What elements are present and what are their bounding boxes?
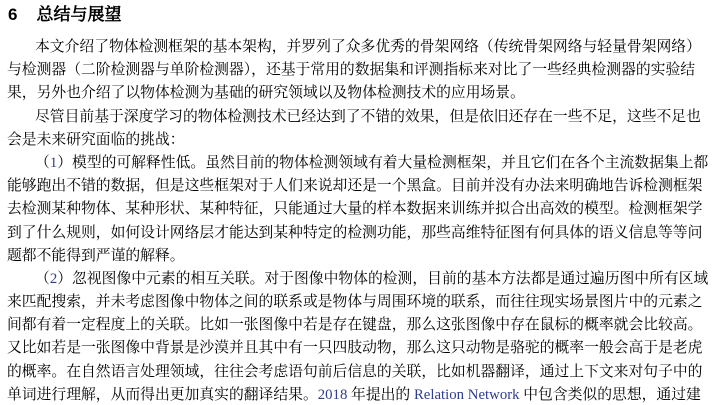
paragraph-line: 果，另外也介绍了以物体检测为基础的研究领域以及物体检测技术的应用场景。	[7, 82, 706, 105]
text-segment: ）忽视图像中元素的相互关联。对于图像中物体的检测，目前的基本方法都是通过遍历图中…	[57, 271, 708, 287]
text-segment: ）模型的可解释性低。虽然目前的物体检测领域有着大量检测框架，并且它们在各个主流数…	[57, 155, 708, 171]
paragraph-line: 间都有着一定程度上的关联。比如一张图像中若是存在键盘，那么这张图像中存在鼠标的概…	[7, 314, 706, 337]
paragraph-line: 去检测某种物体、某种形状、某种特征，只能通过大量的样本数据来训练并拟合出高效的模…	[7, 198, 706, 221]
paragraph-line: 又比如若是一张图像中背景是沙漠并且其中有一只四肢动物，那么这只动物是骆驼的概率一…	[7, 337, 706, 360]
paragraph-line: 本文介绍了物体检测框架的基本架构，并罗列了众多优秀的骨架网络（传统骨架网络与轻量…	[7, 36, 706, 59]
paragraph-line: 的概率。在自然语言处理领域，往往会考虑语句前后信息的关联，比如机器翻译，通过上下…	[7, 361, 706, 384]
paragraph-line-item-2: （2）忽视图像中元素的相互关联。对于图像中物体的检测，目前的基本方法都是通过遍历…	[7, 268, 706, 291]
paragraph-line: 到了什么规则，如何设计网络层才能达到某种特定的检测功能，那些高维特征图有何具体的…	[7, 222, 706, 245]
paragraph-line-item-1: （1）模型的可解释性低。虽然目前的物体检测领域有着大量检测框架，并且它们在各个主…	[7, 152, 706, 175]
paragraph-line: 与检测器（二阶检测器与单阶检测器），还基于常用的数据集和评测指标来对比了一些经典…	[7, 59, 706, 82]
relation-network-segment: Relation Network	[414, 387, 520, 403]
year-segment: 2018	[318, 387, 348, 403]
text-segment: 中包含类似的思想，通过建	[520, 387, 701, 403]
section-number: 6	[8, 5, 17, 25]
paragraph-line: 会是未来研究面临的挑战：	[7, 129, 706, 152]
text-segment: 年提出的	[347, 387, 414, 403]
paragraph-line: 能够跑出不错的数据，但是这些框架对于人们来说却还是一个黑盒。目前并没有办法来明确…	[7, 175, 706, 198]
paragraph-line: 来匹配搜索，并未考虑图像中物体之间的联系或是物体与周围环境的联系，而往往现实场景…	[7, 291, 706, 314]
section-heading: 6 总结与展望	[8, 5, 121, 25]
paragraph-line: 尽管目前基于深度学习的物体检测技术已经达到了不错的效果，但是依旧还存在一些不足，…	[7, 106, 706, 129]
section-title: 总结与展望	[36, 5, 121, 25]
text-segment: （	[35, 271, 50, 287]
text-segment: （	[35, 155, 50, 171]
document-body: 本文介绍了物体检测框架的基本架构，并罗列了众多优秀的骨架网络（传统骨架网络与轻量…	[7, 36, 706, 405]
text-segment: 单词进行理解，从而得出更加真实的翻译结果。	[7, 387, 318, 403]
paragraph-line-relation-network: 单词进行理解，从而得出更加真实的翻译结果。2018 年提出的 Relation …	[7, 384, 706, 405]
paragraph-line: 题都不能得到严谨的解释。	[7, 245, 706, 268]
